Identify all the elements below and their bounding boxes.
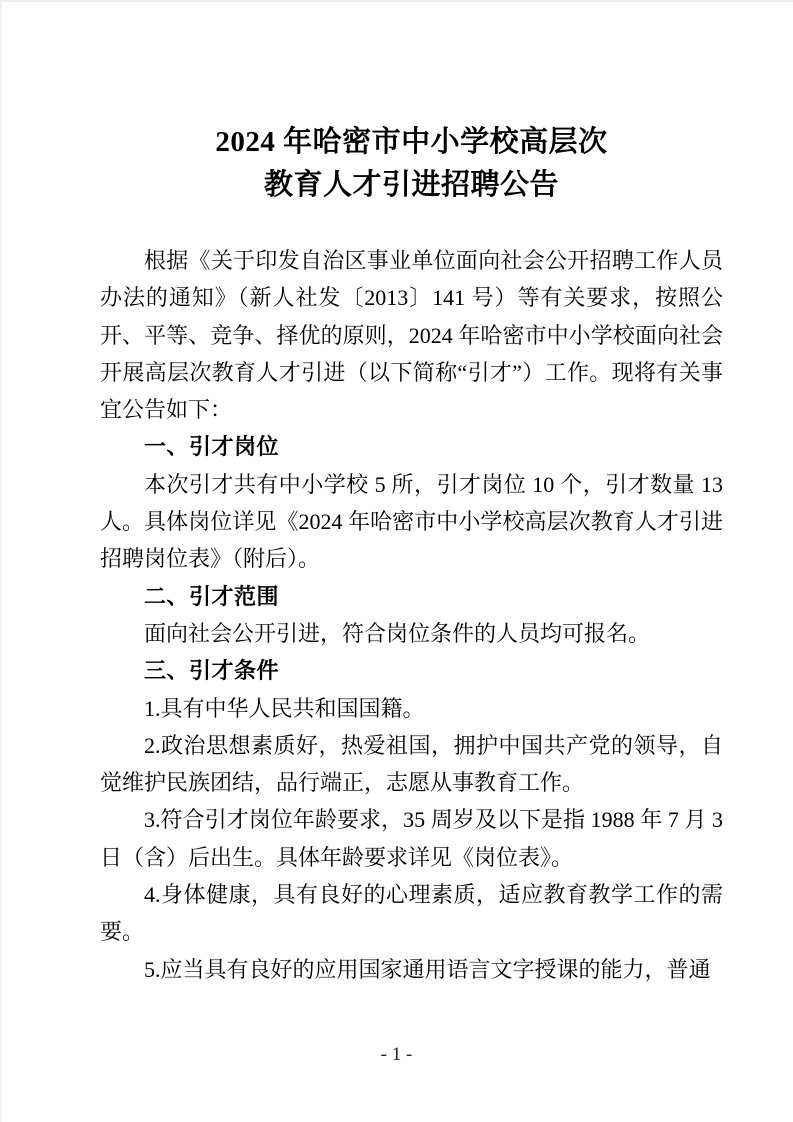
document-title-line-1: 2024 年哈密市中小学校高层次 bbox=[100, 121, 723, 164]
section-heading-2: 二、引才范围 bbox=[100, 578, 723, 615]
paragraph-positions: 本次引才共有中小学校 5 所，引才岗位 10 个，引才数量 13 人。具体岗位详… bbox=[100, 466, 723, 578]
section-heading-3: 三、引才条件 bbox=[100, 652, 723, 689]
paragraph-condition-4: 4.身体健康，具有良好的心理素质，适应教育教学工作的需要。 bbox=[100, 876, 723, 951]
paragraph-condition-2: 2.政治思想素质好，热爱祖国，拥护中国共产党的领导，自觉维护民族团结，品行端正，… bbox=[100, 727, 723, 802]
document-title-line-2: 教育人才引进招聘公告 bbox=[100, 164, 723, 207]
document-title: 2024 年哈密市中小学校高层次 教育人才引进招聘公告 bbox=[100, 121, 723, 207]
document-body: 根据《关于印发自治区事业单位面向社会公开招聘工作人员办法的通知》（新人社发〔20… bbox=[100, 242, 723, 988]
section-heading-1: 一、引才岗位 bbox=[100, 428, 723, 465]
paragraph-scope: 面向社会公开引进，符合岗位条件的人员均可报名。 bbox=[100, 615, 723, 652]
paragraph-intro: 根据《关于印发自治区事业单位面向社会公开招聘工作人员办法的通知》（新人社发〔20… bbox=[100, 242, 723, 428]
paragraph-condition-5: 5.应当具有良好的应用国家通用语言文字授课的能力，普通 bbox=[100, 951, 723, 988]
page-number: - 1 - bbox=[0, 1044, 793, 1066]
paragraph-condition-1: 1.具有中华人民共和国国籍。 bbox=[100, 690, 723, 727]
document-page: 2024 年哈密市中小学校高层次 教育人才引进招聘公告 根据《关于印发自治区事业… bbox=[0, 0, 793, 1122]
paragraph-condition-3: 3.符合引才岗位年龄要求，35 周岁及以下是指 1988 年 7 月 3 日（含… bbox=[100, 801, 723, 876]
